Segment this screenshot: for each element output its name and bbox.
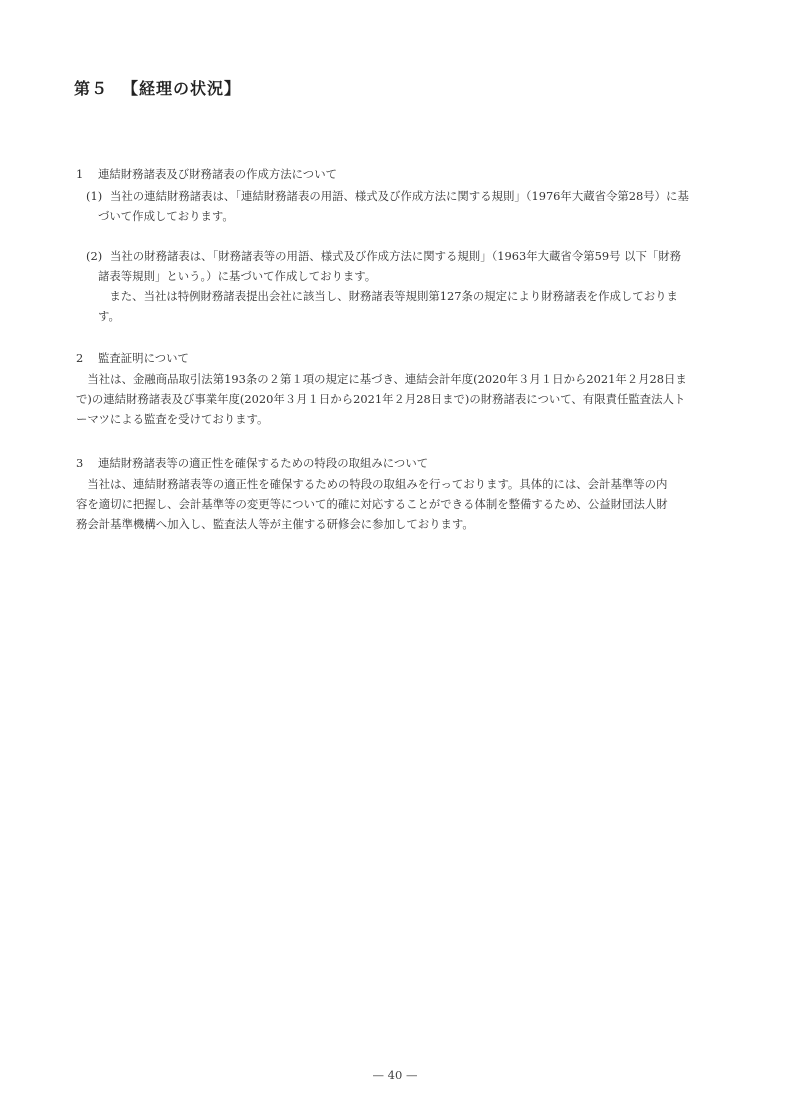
paragraph-line: 務会計基準機構へ加入し、監査法人等が主催する研修会に参加しております。 <box>76 514 474 534</box>
section-number: 2 <box>76 348 83 368</box>
paragraph-line: づいて作成しております。 <box>98 206 234 226</box>
item-label: (2) <box>86 246 102 266</box>
paragraph-line: 当社は、連結財務諸表等の適正性を確保するための特段の取組みを行っております。具体… <box>76 474 667 494</box>
chapter-title: 【経理の状況】 <box>122 79 241 98</box>
section-number: 3 <box>76 453 83 473</box>
paragraph-line: 当社は、金融商品取引法第193条の２第１項の規定に基づき、連結会計年度(2020… <box>76 369 687 389</box>
chapter-number: 第５ <box>74 79 108 98</box>
page-title: 第５【経理の状況】 <box>74 76 241 99</box>
paragraph-line: 容を適切に把握し、会計基準等の変更等について的確に対応することができる体制を整備… <box>76 494 668 514</box>
paragraph-line: また、当社は特例財務諸表提出会社に該当し、財務諸表等規則第127条の規定により財… <box>98 286 678 306</box>
paragraph-line: 諸表等規則」という。）に基づいて作成しております。 <box>98 266 376 286</box>
paragraph-line: 当社の財務諸表は、「財務諸表等の用語、様式及び作成方法に関する規則」（1963年… <box>110 246 681 266</box>
page-number: — 40 — <box>0 1068 790 1082</box>
section-heading: 連結財務諸表等の適正性を確保するための特段の取組みについて <box>98 453 428 473</box>
paragraph-line: す。 <box>98 306 120 326</box>
section-heading: 監査証明について <box>98 348 189 368</box>
item-label: (1) <box>86 186 102 206</box>
paragraph-line: 当社の連結財務諸表は、「連結財務諸表の用語、様式及び作成方法に関する規則」（19… <box>110 186 689 206</box>
paragraph-line: で)の連結財務諸表及び事業年度(2020年３月１日から2021年２月28日まで)… <box>76 389 685 409</box>
section-heading: 連結財務諸表及び財務諸表の作成方法について <box>98 164 337 184</box>
section-number: 1 <box>76 164 83 184</box>
paragraph-line: ーマツによる監査を受けております。 <box>76 409 268 429</box>
